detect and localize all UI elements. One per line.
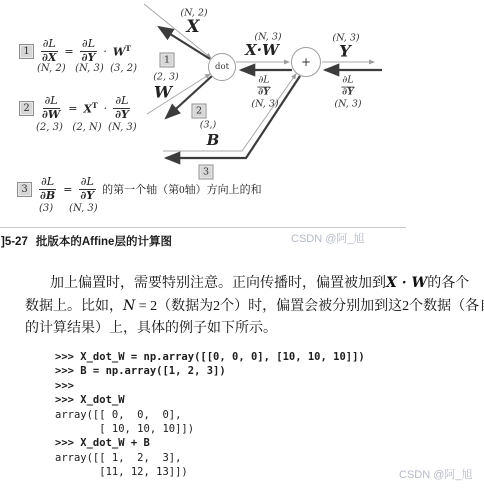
grad-xw-fraction: ∂L ∂Y	[257, 76, 270, 99]
paragraph-text: 的各个	[427, 276, 469, 291]
formula-2-shapes: (2, 3) (2, N) (N, 3)	[36, 122, 137, 133]
b-backward-arrow	[166, 76, 300, 158]
code-line: [11, 12, 13]])	[55, 465, 365, 479]
grad-xw-shape-label: (N, 3)	[251, 99, 278, 110]
grad-y-fraction: ∂L ∂Y	[341, 76, 354, 99]
paragraph-line: 数据上。比如，N = 2（数据为2个）时，偏置会被分别加到这2个数据（各自	[25, 295, 480, 318]
paragraph-text: 数据上。比如，	[25, 299, 123, 314]
grad-y-denominator: ∂Y	[342, 88, 354, 99]
b-shape-label: (3,)	[200, 120, 216, 131]
code-line: >>> X_dot_W + B	[55, 436, 365, 450]
paragraph-text: = 2（数据为2个）时，偏置会被分别加到这2个数据（各自	[135, 299, 484, 314]
body-paragraph: 加上偏置时，需要特别注意。正向传播时，偏置被加到X · W的各个数据上。比如，N…	[25, 272, 480, 340]
grad-y-shape-label: (N, 3)	[334, 99, 361, 110]
figure-caption-title: 批版本的Affine层的计算图	[36, 236, 172, 248]
figure-caption-number: ]5-27	[1, 236, 28, 248]
paragraph-text: N	[123, 298, 135, 314]
code-block: >>> X_dot_W = np.array([[0, 0, 0], [10, …	[55, 350, 365, 480]
formula-2-number: 2	[19, 101, 34, 116]
formula-3-lhs-num: ∂L	[39, 176, 56, 190]
figure-caption: ]5-27批版本的Affine层的计算图	[1, 233, 172, 249]
watermark-bottom: CSDN @阿_旭	[399, 466, 473, 482]
formula-1-lhs-num: ∂L	[41, 38, 58, 52]
paragraph-line: 加上偏置时，需要特别注意。正向传播时，偏置被加到X · W的各个	[25, 272, 480, 295]
formula-3-equals: =	[63, 183, 72, 196]
formula-3: 3 ∂L ∂B = ∂L ∂Y 的第一个轴（第0轴）方向上的和	[17, 176, 262, 202]
formula-2-lhs-fraction: ∂L ∂W	[40, 95, 62, 121]
formula-1-variable: WT	[113, 44, 131, 59]
paragraph-line: 的计算结果）上，具体的例子如下所示。	[25, 318, 480, 340]
b-var-label: B	[207, 131, 220, 149]
formula-1-equals: =	[64, 45, 73, 58]
formula-2-operator: ·	[104, 102, 108, 115]
plus-node-label: +	[301, 55, 311, 69]
paragraph-text: 的计算结果）上，具体的例子如下所示。	[25, 321, 277, 336]
dot-node-label: dot	[215, 62, 229, 72]
watermark-top: CSDN @阿_旭	[291, 230, 365, 246]
formula-1-shapes: (N, 2) (N, 3) (3, 2)	[37, 63, 137, 74]
formula-1-rhs-num: ∂L	[80, 38, 97, 52]
formula-2-variable: XT	[83, 101, 97, 116]
formula-3-rhs-den: ∂Y	[78, 190, 96, 203]
paragraph-text: X · W	[386, 275, 427, 291]
formula-2-rhs-den: ∂Y	[113, 109, 131, 122]
y-var-label: Y	[339, 42, 350, 61]
formula-1-lhs-fraction: ∂L ∂X	[40, 38, 58, 64]
code-line: >>> B = np.array([1, 2, 3])	[55, 364, 365, 378]
formula-3-lhs-den: ∂B	[38, 190, 57, 203]
book-page: dot + (N, 2) X (2, 3) W (N, 3) X·W (N, 3…	[0, 0, 484, 490]
formula-2-rhs-fraction: ∂L ∂Y	[113, 95, 131, 121]
formula-3-number: 3	[17, 182, 32, 197]
w-shape-label: (2, 3)	[153, 72, 179, 83]
w-var-label: W	[154, 83, 172, 102]
code-line: [ 10, 10, 10]])	[55, 422, 365, 436]
edge-tag-1: 1	[160, 53, 175, 68]
formula-1: 1 ∂L ∂X = ∂L ∂Y · WT	[19, 38, 131, 64]
formula-1-number: 1	[19, 44, 34, 59]
formula-2: 2 ∂L ∂W = XT · ∂L ∂Y	[19, 95, 131, 121]
formula-1-rhs-fraction: ∂L ∂Y	[80, 38, 98, 64]
formula-3-rhs-fraction: ∂L ∂Y	[78, 176, 96, 202]
code-line: array([[ 1, 2, 3],	[55, 451, 365, 465]
code-line: array([[ 0, 0, 0],	[55, 408, 365, 422]
formula-3-shapes: (3) (N, 3)	[39, 203, 98, 214]
xw-var-label: X·W	[245, 41, 279, 59]
x-var-label: X	[186, 17, 199, 37]
formula-2-lhs-num: ∂L	[43, 95, 60, 109]
code-line: >>>	[55, 379, 365, 393]
formula-1-operator: ·	[103, 45, 107, 58]
code-line: >>> X_dot_W = np.array([[0, 0, 0], [10, …	[55, 350, 365, 364]
formula-2-rhs-num: ∂L	[113, 95, 130, 109]
code-line: >>> X_dot_W	[55, 393, 365, 407]
formula-2-lhs-den: ∂W	[40, 109, 62, 122]
formula-3-rhs-num: ∂L	[79, 176, 96, 190]
formula-2-equals: =	[68, 102, 77, 115]
edge-tag-2: 2	[192, 104, 207, 119]
figure-caption-rule	[0, 227, 406, 228]
formula-3-lhs-fraction: ∂L ∂B	[38, 176, 57, 202]
formula-3-suffix: 的第一个轴（第0轴）方向上的和	[102, 181, 262, 197]
grad-xw-denominator: ∂Y	[258, 88, 270, 99]
paragraph-text: 加上偏置时，需要特别注意。正向传播时，偏置被加到	[50, 276, 386, 291]
